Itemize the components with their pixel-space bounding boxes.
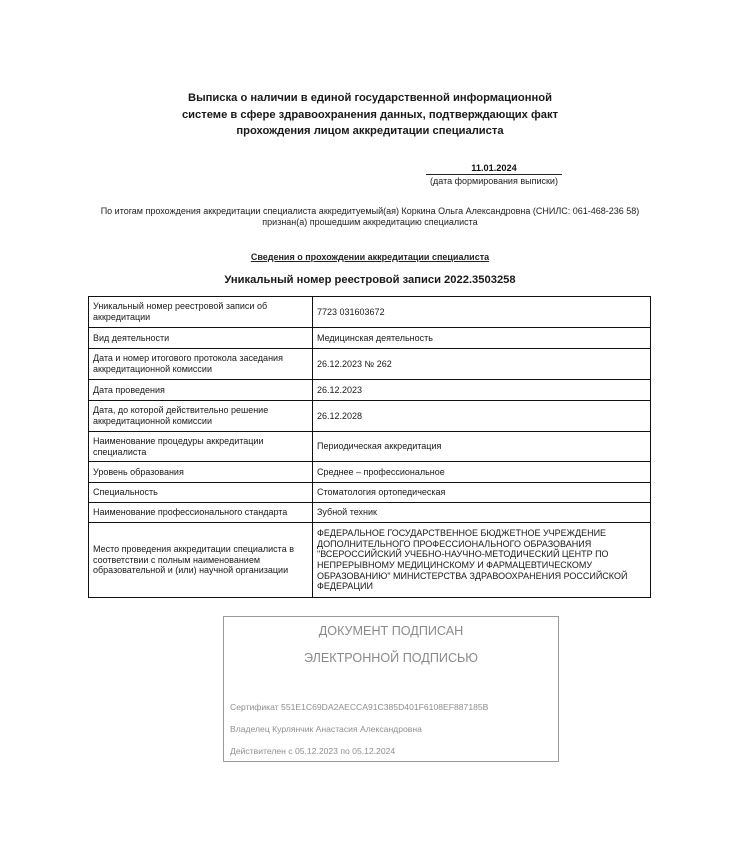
document-title: Выписка о наличии в единой государственн… bbox=[150, 90, 590, 140]
table-row: Специальность Стоматология ортопедическа… bbox=[89, 483, 651, 503]
row-value: 26.12.2023 bbox=[313, 380, 651, 401]
row-value: Медицинская деятельность bbox=[313, 328, 651, 349]
formation-date: 11.01.2024 bbox=[426, 163, 562, 175]
row-label: Специальность bbox=[89, 483, 313, 503]
row-value: Стоматология ортопедическая bbox=[313, 483, 651, 503]
section-heading: Сведения о прохождении аккредитации спец… bbox=[150, 252, 590, 262]
row-label: Уровень образования bbox=[89, 462, 313, 483]
row-value: Зубной техник bbox=[313, 503, 651, 523]
title-line: системе в сфере здравоохранения данных, … bbox=[150, 107, 590, 124]
signature-heading-line1: ДОКУМЕНТ ПОДПИСАН bbox=[224, 624, 558, 638]
table-row: Дата и номер итогового протокола заседан… bbox=[89, 349, 651, 380]
row-value: Периодическая аккредитация bbox=[313, 432, 651, 462]
row-label: Вид деятельности bbox=[89, 328, 313, 349]
row-label: Наименование профессионального стандарта bbox=[89, 503, 313, 523]
table-row: Уникальный номер реестровой записи об ак… bbox=[89, 297, 651, 328]
accreditation-info-table: Уникальный номер реестровой записи об ак… bbox=[88, 296, 651, 598]
row-label: Уникальный номер реестровой записи об ак… bbox=[89, 297, 313, 328]
intro-paragraph: По итогам прохождения аккредитации специ… bbox=[60, 206, 680, 228]
row-label: Дата проведения bbox=[89, 380, 313, 401]
intro-line: признан(а) прошедшим аккредитацию специа… bbox=[60, 217, 680, 228]
row-value: Среднее – профессиональное bbox=[313, 462, 651, 483]
table-row: Дата, до которой действительно решение а… bbox=[89, 401, 651, 432]
electronic-signature-stamp: ДОКУМЕНТ ПОДПИСАН ЭЛЕКТРОННОЙ ПОДПИСЬЮ С… bbox=[223, 616, 559, 762]
signature-validity: Действителен с 05.12.2023 по 05.12.2024 bbox=[230, 746, 395, 756]
row-value: 26.12.2028 bbox=[313, 401, 651, 432]
row-value: 26.12.2023 № 262 bbox=[313, 349, 651, 380]
row-value: ФЕДЕРАЛЬНОЕ ГОСУДАРСТВЕННОЕ БЮДЖЕТНОЕ УЧ… bbox=[313, 523, 651, 598]
row-label: Наименование процедуры аккредитации спец… bbox=[89, 432, 313, 462]
signature-certificate: Сертификат 551E1C69DA2AECCA91C385D401F61… bbox=[230, 702, 488, 712]
title-line: Выписка о наличии в единой государственн… bbox=[150, 90, 590, 107]
row-label: Дата и номер итогового протокола заседан… bbox=[89, 349, 313, 380]
registry-number-heading: Уникальный номер реестровой записи 2022.… bbox=[120, 274, 620, 286]
title-line: прохождения лицом аккредитации специалис… bbox=[150, 123, 590, 140]
table-row: Вид деятельности Медицинская деятельност… bbox=[89, 328, 651, 349]
row-label: Дата, до которой действительно решение а… bbox=[89, 401, 313, 432]
table-row: Наименование процедуры аккредитации спец… bbox=[89, 432, 651, 462]
signature-heading-line2: ЭЛЕКТРОННОЙ ПОДПИСЬЮ bbox=[224, 651, 558, 665]
intro-line: По итогам прохождения аккредитации специ… bbox=[60, 206, 680, 217]
formation-date-block: 11.01.2024 (дата формирования выписки) bbox=[420, 163, 568, 187]
formation-date-caption: (дата формирования выписки) bbox=[420, 175, 568, 187]
row-value: 7723 031603672 bbox=[313, 297, 651, 328]
table-row: Дата проведения 26.12.2023 bbox=[89, 380, 651, 401]
table-row: Наименование профессионального стандарта… bbox=[89, 503, 651, 523]
table-row: Место проведения аккредитации специалист… bbox=[89, 523, 651, 598]
row-label: Место проведения аккредитации специалист… bbox=[89, 523, 313, 598]
signature-owner: Владелец Курлянчик Анастасия Александров… bbox=[230, 724, 422, 734]
table-row: Уровень образования Среднее – профессион… bbox=[89, 462, 651, 483]
